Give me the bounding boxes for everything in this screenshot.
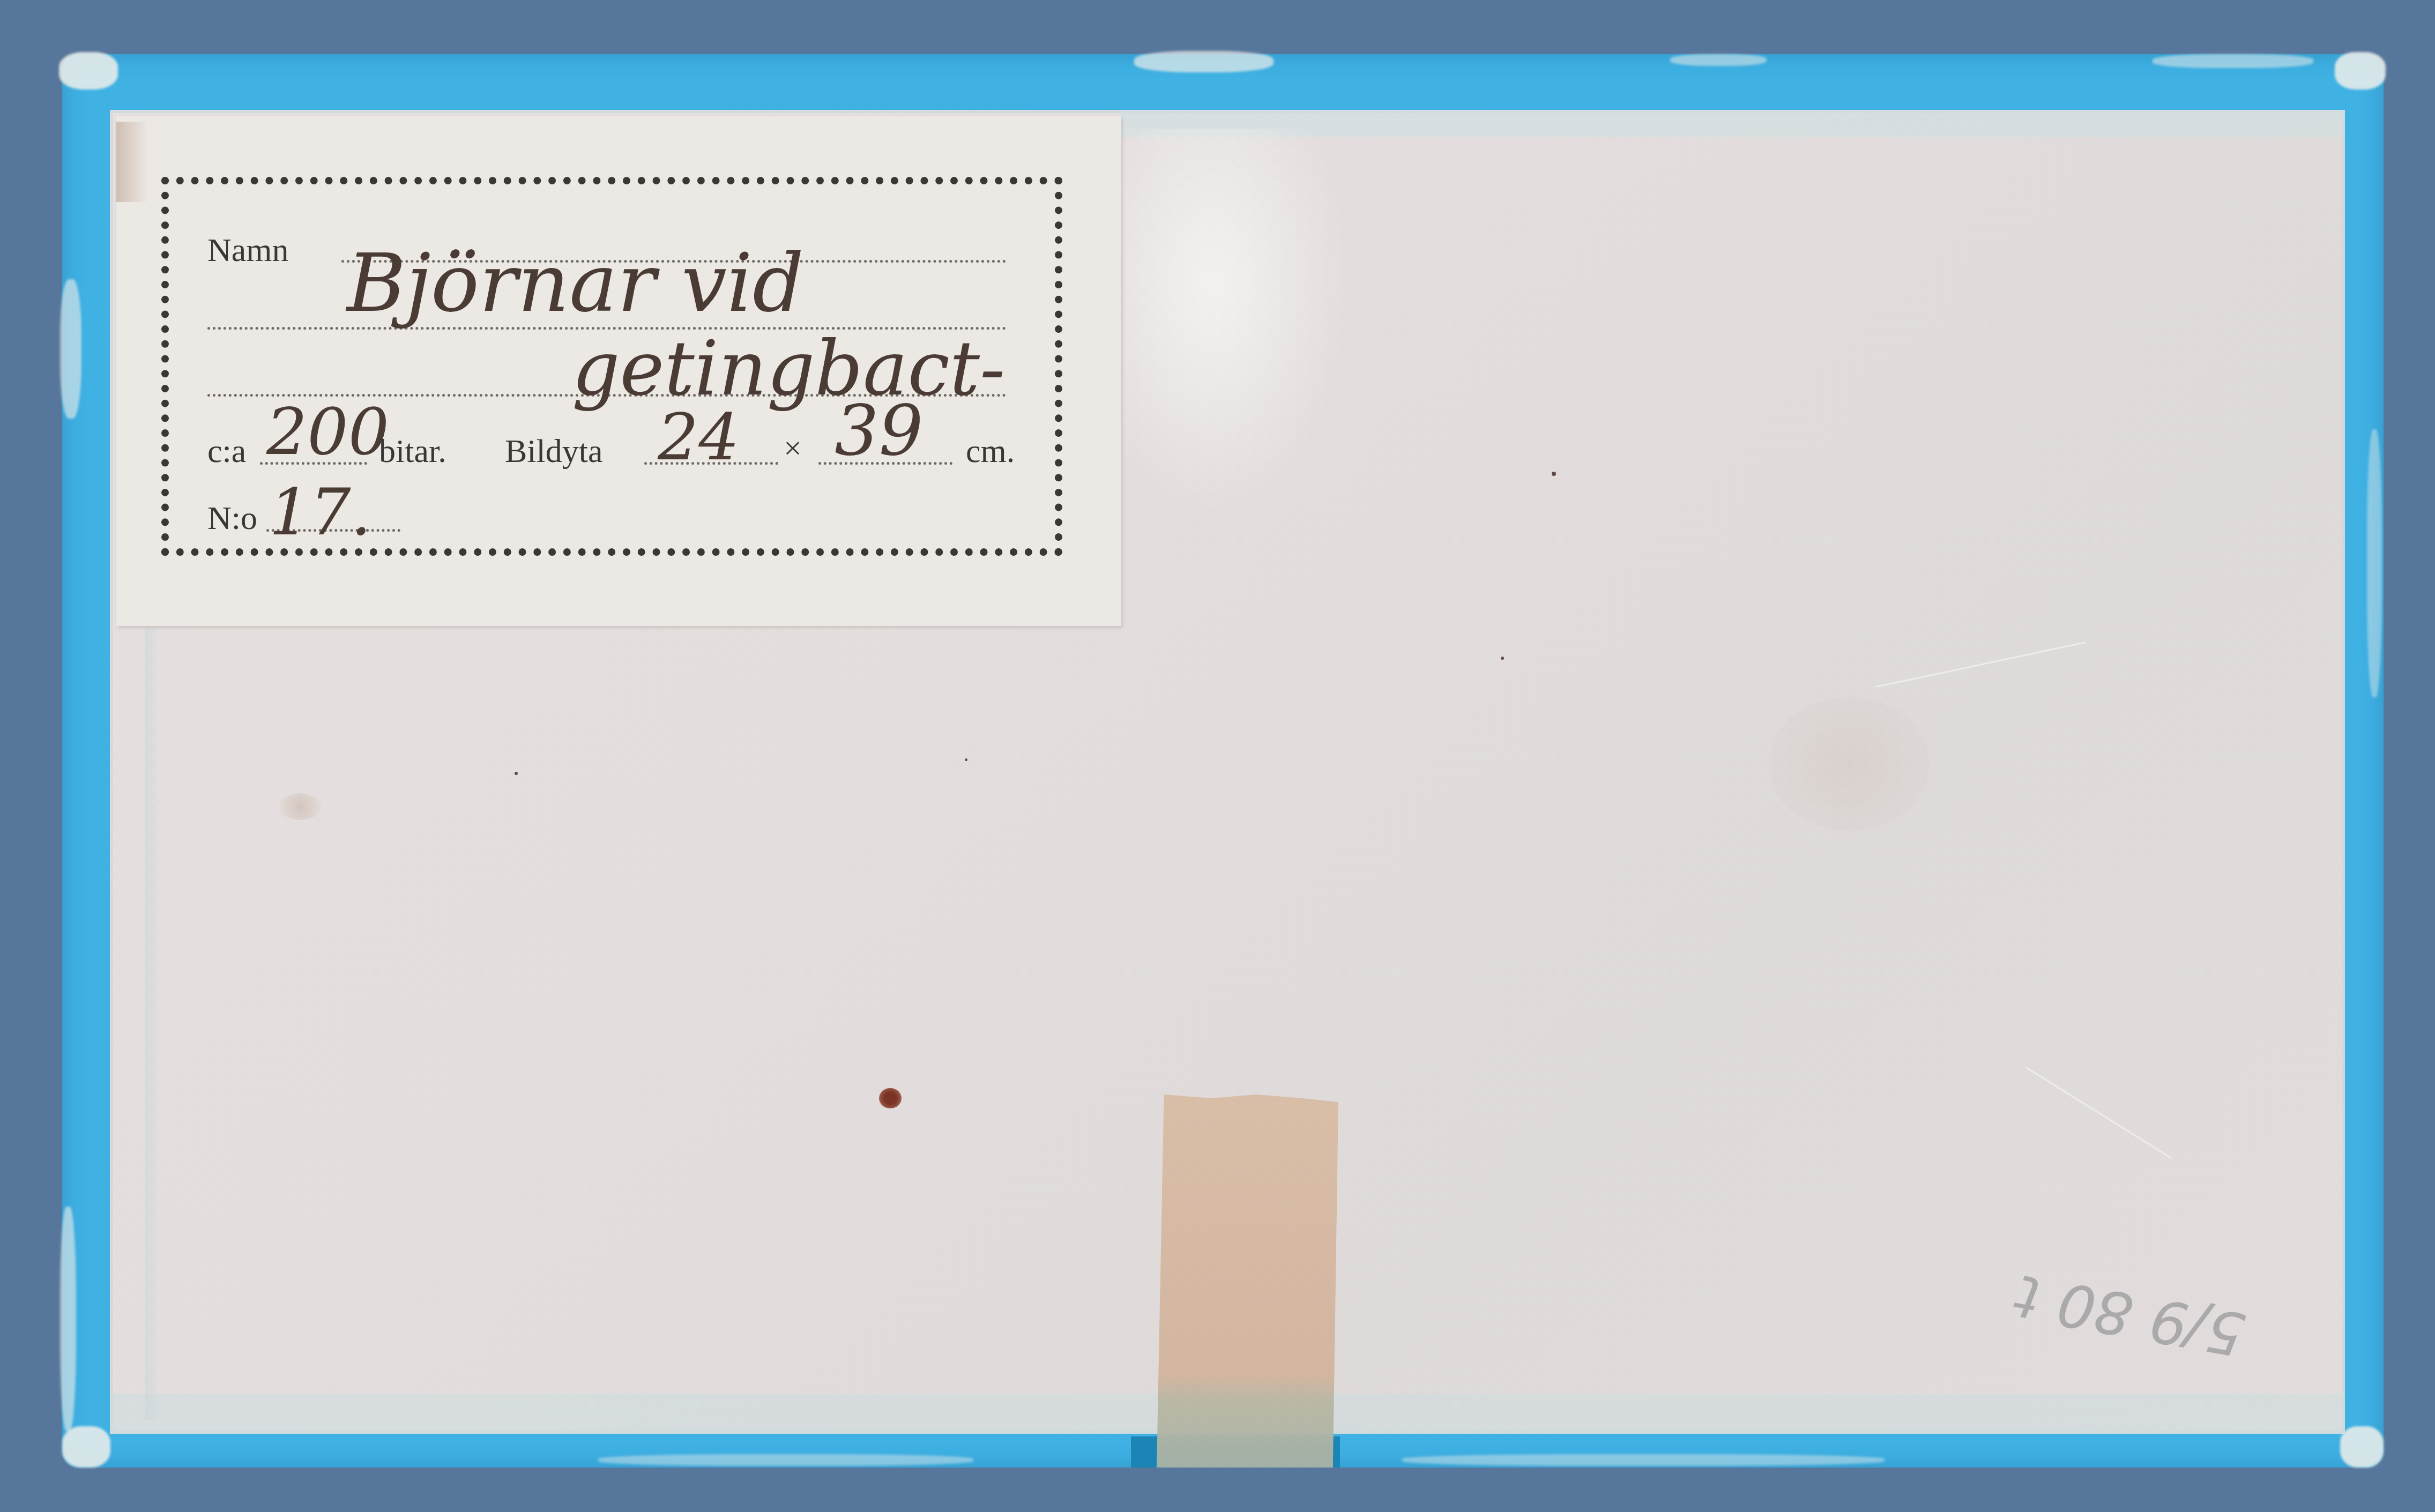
times-sign: × xyxy=(784,430,802,467)
handwritten-name-line-1: Björnar vid xyxy=(347,237,804,330)
approx-label: c:a xyxy=(207,433,246,471)
worn-edge xyxy=(1670,54,1767,66)
panel-inner-edge xyxy=(145,627,161,1420)
puzzle-info-label: Namn Björnar vid getingbact- c:a 200 bit… xyxy=(116,116,1121,626)
handwritten-width: 24 xyxy=(658,400,740,475)
worn-edge xyxy=(2367,429,2382,697)
name-label: Namn xyxy=(207,232,289,270)
worn-paper-area xyxy=(1123,129,1348,515)
handwritten-pieces: 200 xyxy=(266,395,389,470)
handwritten-height: 39 xyxy=(835,390,923,471)
worn-edge xyxy=(60,1206,76,1432)
image-area-label: Bildyta xyxy=(505,433,603,471)
worn-edge xyxy=(598,1454,973,1466)
brown-spot xyxy=(879,1088,902,1108)
worn-corner xyxy=(2335,52,2386,90)
speck xyxy=(1552,472,1556,476)
worn-corner xyxy=(59,52,118,90)
handwritten-number: 17. xyxy=(269,475,371,550)
pieces-label: bitar. xyxy=(379,433,446,471)
stain xyxy=(1769,697,1930,831)
speck xyxy=(965,758,967,761)
speck xyxy=(515,772,518,775)
worn-edge xyxy=(2153,54,2313,68)
worn-edge xyxy=(60,279,81,419)
paper-tape-strip xyxy=(1157,1094,1338,1468)
worn-corner xyxy=(2340,1426,2384,1468)
handwritten-name-line-2: getingbact- xyxy=(572,325,1005,413)
stain xyxy=(279,793,322,820)
number-label: N:o xyxy=(207,500,257,538)
worn-corner xyxy=(62,1426,110,1468)
worn-edge xyxy=(1402,1454,1885,1466)
worn-edge xyxy=(1134,51,1274,72)
speck xyxy=(1501,657,1504,660)
unit-label: cm. xyxy=(966,433,1015,471)
label-stain xyxy=(116,122,148,202)
